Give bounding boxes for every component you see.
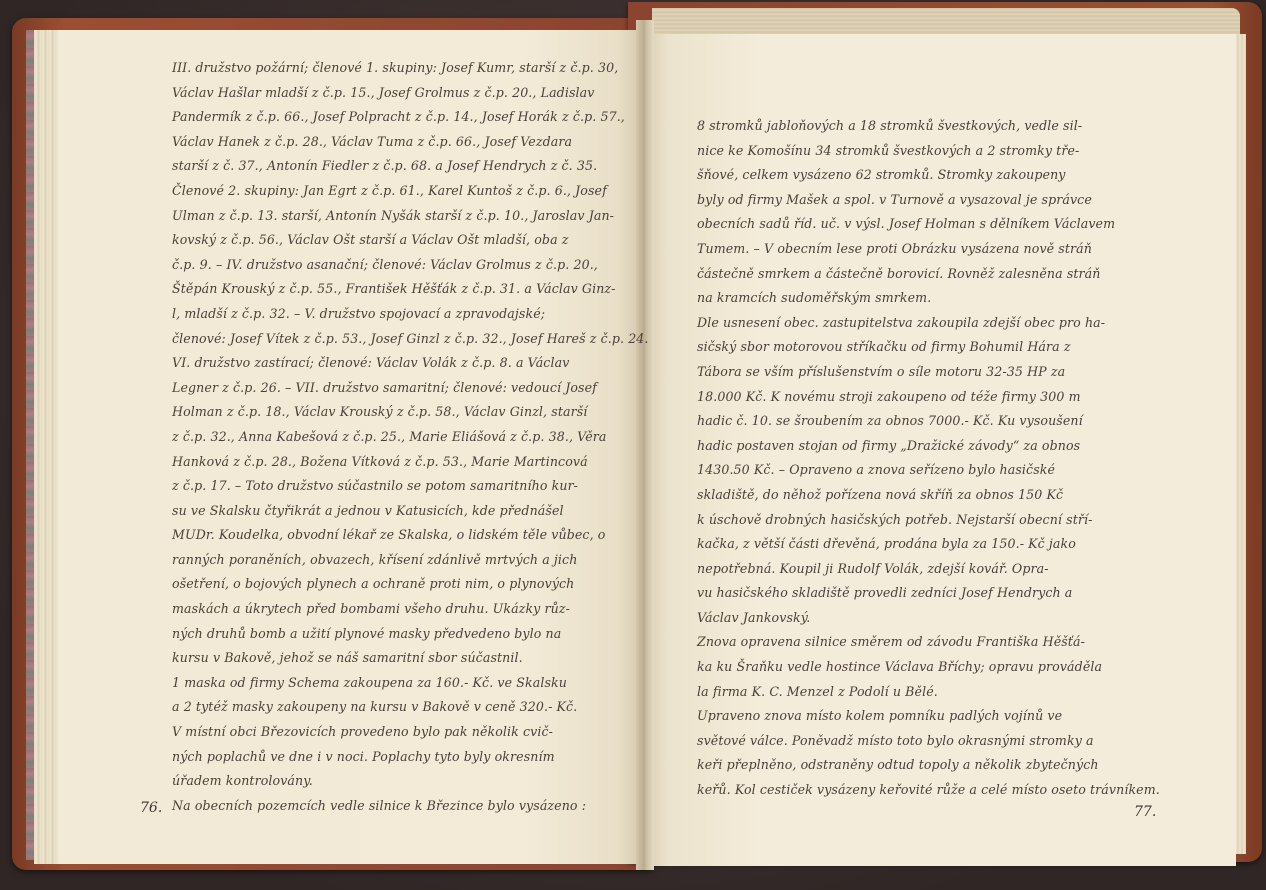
text-line: úřadem kontrolovány. xyxy=(172,769,602,794)
text-line: na kramcích sudoměřským smrkem. xyxy=(697,286,1132,311)
text-line: su ve Skalsku čtyřikrát a jednou v Katus… xyxy=(172,499,602,524)
text-line: l, mladší z č.p. 32. – V. družstvo spojo… xyxy=(172,302,602,327)
text-line: k úschově drobných hasičských potřeb. Ne… xyxy=(697,508,1132,533)
page-stack-top-right xyxy=(652,8,1240,34)
text-line: Tumem. – V obecním lese proti Obrázku vy… xyxy=(697,237,1132,262)
page-number-right: 77. xyxy=(1134,804,1156,820)
text-line: č.p. 9. – IV. družstvo asanační; členové… xyxy=(172,253,602,278)
page-stack-right xyxy=(1236,34,1246,854)
text-line: nice ke Komošínu 34 stromků švestkových … xyxy=(697,139,1132,164)
text-line: MUDr. Koudelka, obvodní lékař ze Skalska… xyxy=(172,523,602,548)
text-line: skladiště, do něhož pořízena nová skříň … xyxy=(697,483,1132,508)
text-line: světové válce. Poněvadž místo toto bylo … xyxy=(697,729,1132,754)
page-number-left: 76. xyxy=(140,800,162,816)
text-line: Legner z č.p. 26. – VII. družstvo samari… xyxy=(172,376,602,401)
text-line: VI. družstvo zastírací; členové: Václav … xyxy=(172,351,602,376)
text-line: III. družstvo požární; členové 1. skupin… xyxy=(172,56,602,81)
text-line: Štěpán Krouský z č.p. 55., František Hěš… xyxy=(172,277,602,302)
book-gutter xyxy=(636,20,654,870)
text-line: Dle usnesení obec. zastupitelstva zakoup… xyxy=(697,311,1132,336)
text-line: 1430.50 Kč. – Opraveno a znova seřízeno … xyxy=(697,458,1132,483)
text-line: a 2 tytéž masky zakoupeny na kursu v Bak… xyxy=(172,695,602,720)
marbled-edge xyxy=(26,30,34,860)
text-line: 8 stromků jabloňových a 18 stromků švest… xyxy=(697,114,1132,139)
text-line: Tábora se vším příslušenstvím o síle mot… xyxy=(697,360,1132,385)
text-line: Pandermík z č.p. 66., Josef Polpracht z … xyxy=(172,105,602,130)
text-line: V místní obci Březovicích provedeno bylo… xyxy=(172,720,602,745)
text-line: ranných poraněních, obvazech, křísení zd… xyxy=(172,548,602,573)
left-page-text: III. družstvo požární; členové 1. skupin… xyxy=(172,56,602,818)
text-line: Václav Hanek z č.p. 28., Václav Tuma z č… xyxy=(172,130,602,155)
text-line: z č.p. 32., Anna Kabešová z č.p. 25., Ma… xyxy=(172,425,602,450)
text-line: 1 maska od firmy Schema zakoupena za 160… xyxy=(172,671,602,696)
text-line: ných poplachů ve dne i v noci. Poplachy … xyxy=(172,745,602,770)
text-line: byly od firmy Mašek a spol. v Turnově a … xyxy=(697,188,1132,213)
text-line: vu hasičského skladiště provedli zedníci… xyxy=(697,581,1132,606)
text-line: Václav Jankovský. xyxy=(697,606,1132,631)
text-line: hadic č. 10. se šroubením za obnos 7000.… xyxy=(697,409,1132,434)
text-line: la firma K. C. Menzel z Podolí u Bělé. xyxy=(697,680,1132,705)
text-line: sičský sbor motorovou stříkačku od firmy… xyxy=(697,335,1132,360)
text-line: Na obecních pozemcích vedle silnice k Bř… xyxy=(172,794,602,819)
text-line: nepotřebná. Koupil ji Rudolf Volák, zdej… xyxy=(697,557,1132,582)
text-line: Ulman z č.p. 13. starší, Antonín Nyšák s… xyxy=(172,204,602,229)
text-line: Václav Hašlar mladší z č.p. 15., Josef G… xyxy=(172,81,602,106)
text-line: obecních sadů říd. uč. v výsl. Josef Hol… xyxy=(697,212,1132,237)
text-line: Holman z č.p. 18., Václav Krouský z č.p.… xyxy=(172,400,602,425)
text-line: maskách a úkrytech před bombami všeho dr… xyxy=(172,597,602,622)
text-line: členové: Josef Vítek z č.p. 53., Josef G… xyxy=(172,327,602,352)
text-line: starší z č. 37., Antonín Fiedler z č.p. … xyxy=(172,154,602,179)
text-line: kovský z č.p. 56., Václav Ošt starší a V… xyxy=(172,228,602,253)
text-line: 18.000 Kč. K novému stroji zakoupeno od … xyxy=(697,385,1132,410)
text-line: Upraveno znova místo kolem pomníku padlý… xyxy=(697,704,1132,729)
text-line: kursu v Bakově, jehož se náš samaritní s… xyxy=(172,646,602,671)
text-line: Hanková z č.p. 28., Božena Vítková z č.p… xyxy=(172,450,602,475)
text-line: keři přeplněno, odstraněny odtud topoly … xyxy=(697,753,1132,778)
text-line: Členové 2. skupiny: Jan Egrt z č.p. 61.,… xyxy=(172,179,602,204)
text-line: Znova opravena silnice směrem od závodu … xyxy=(697,630,1132,655)
text-line: ošetření, o bojových plynech a ochraně p… xyxy=(172,572,602,597)
text-line: ka ku Šraňku vedle hostince Václava Bříc… xyxy=(697,655,1132,680)
text-line: ných druhů bomb a užití plynové masky př… xyxy=(172,622,602,647)
text-line: šňové, celkem vysázeno 62 stromků. Strom… xyxy=(697,163,1132,188)
text-line: částečně smrkem a částečně borovicí. Rov… xyxy=(697,262,1132,287)
right-page-text: 8 stromků jabloňových a 18 stromků švest… xyxy=(697,114,1132,803)
text-line: hadic postaven stojan od firmy „Dražické… xyxy=(697,434,1132,459)
text-line: kačka, z větší části dřevěná, prodána by… xyxy=(697,532,1132,557)
text-line: keřů. Kol cestiček vysázeny keřovité růž… xyxy=(697,778,1132,803)
page-stack-left xyxy=(34,30,58,864)
text-line: z č.p. 17. – Toto družstvo súčastnilo se… xyxy=(172,474,602,499)
